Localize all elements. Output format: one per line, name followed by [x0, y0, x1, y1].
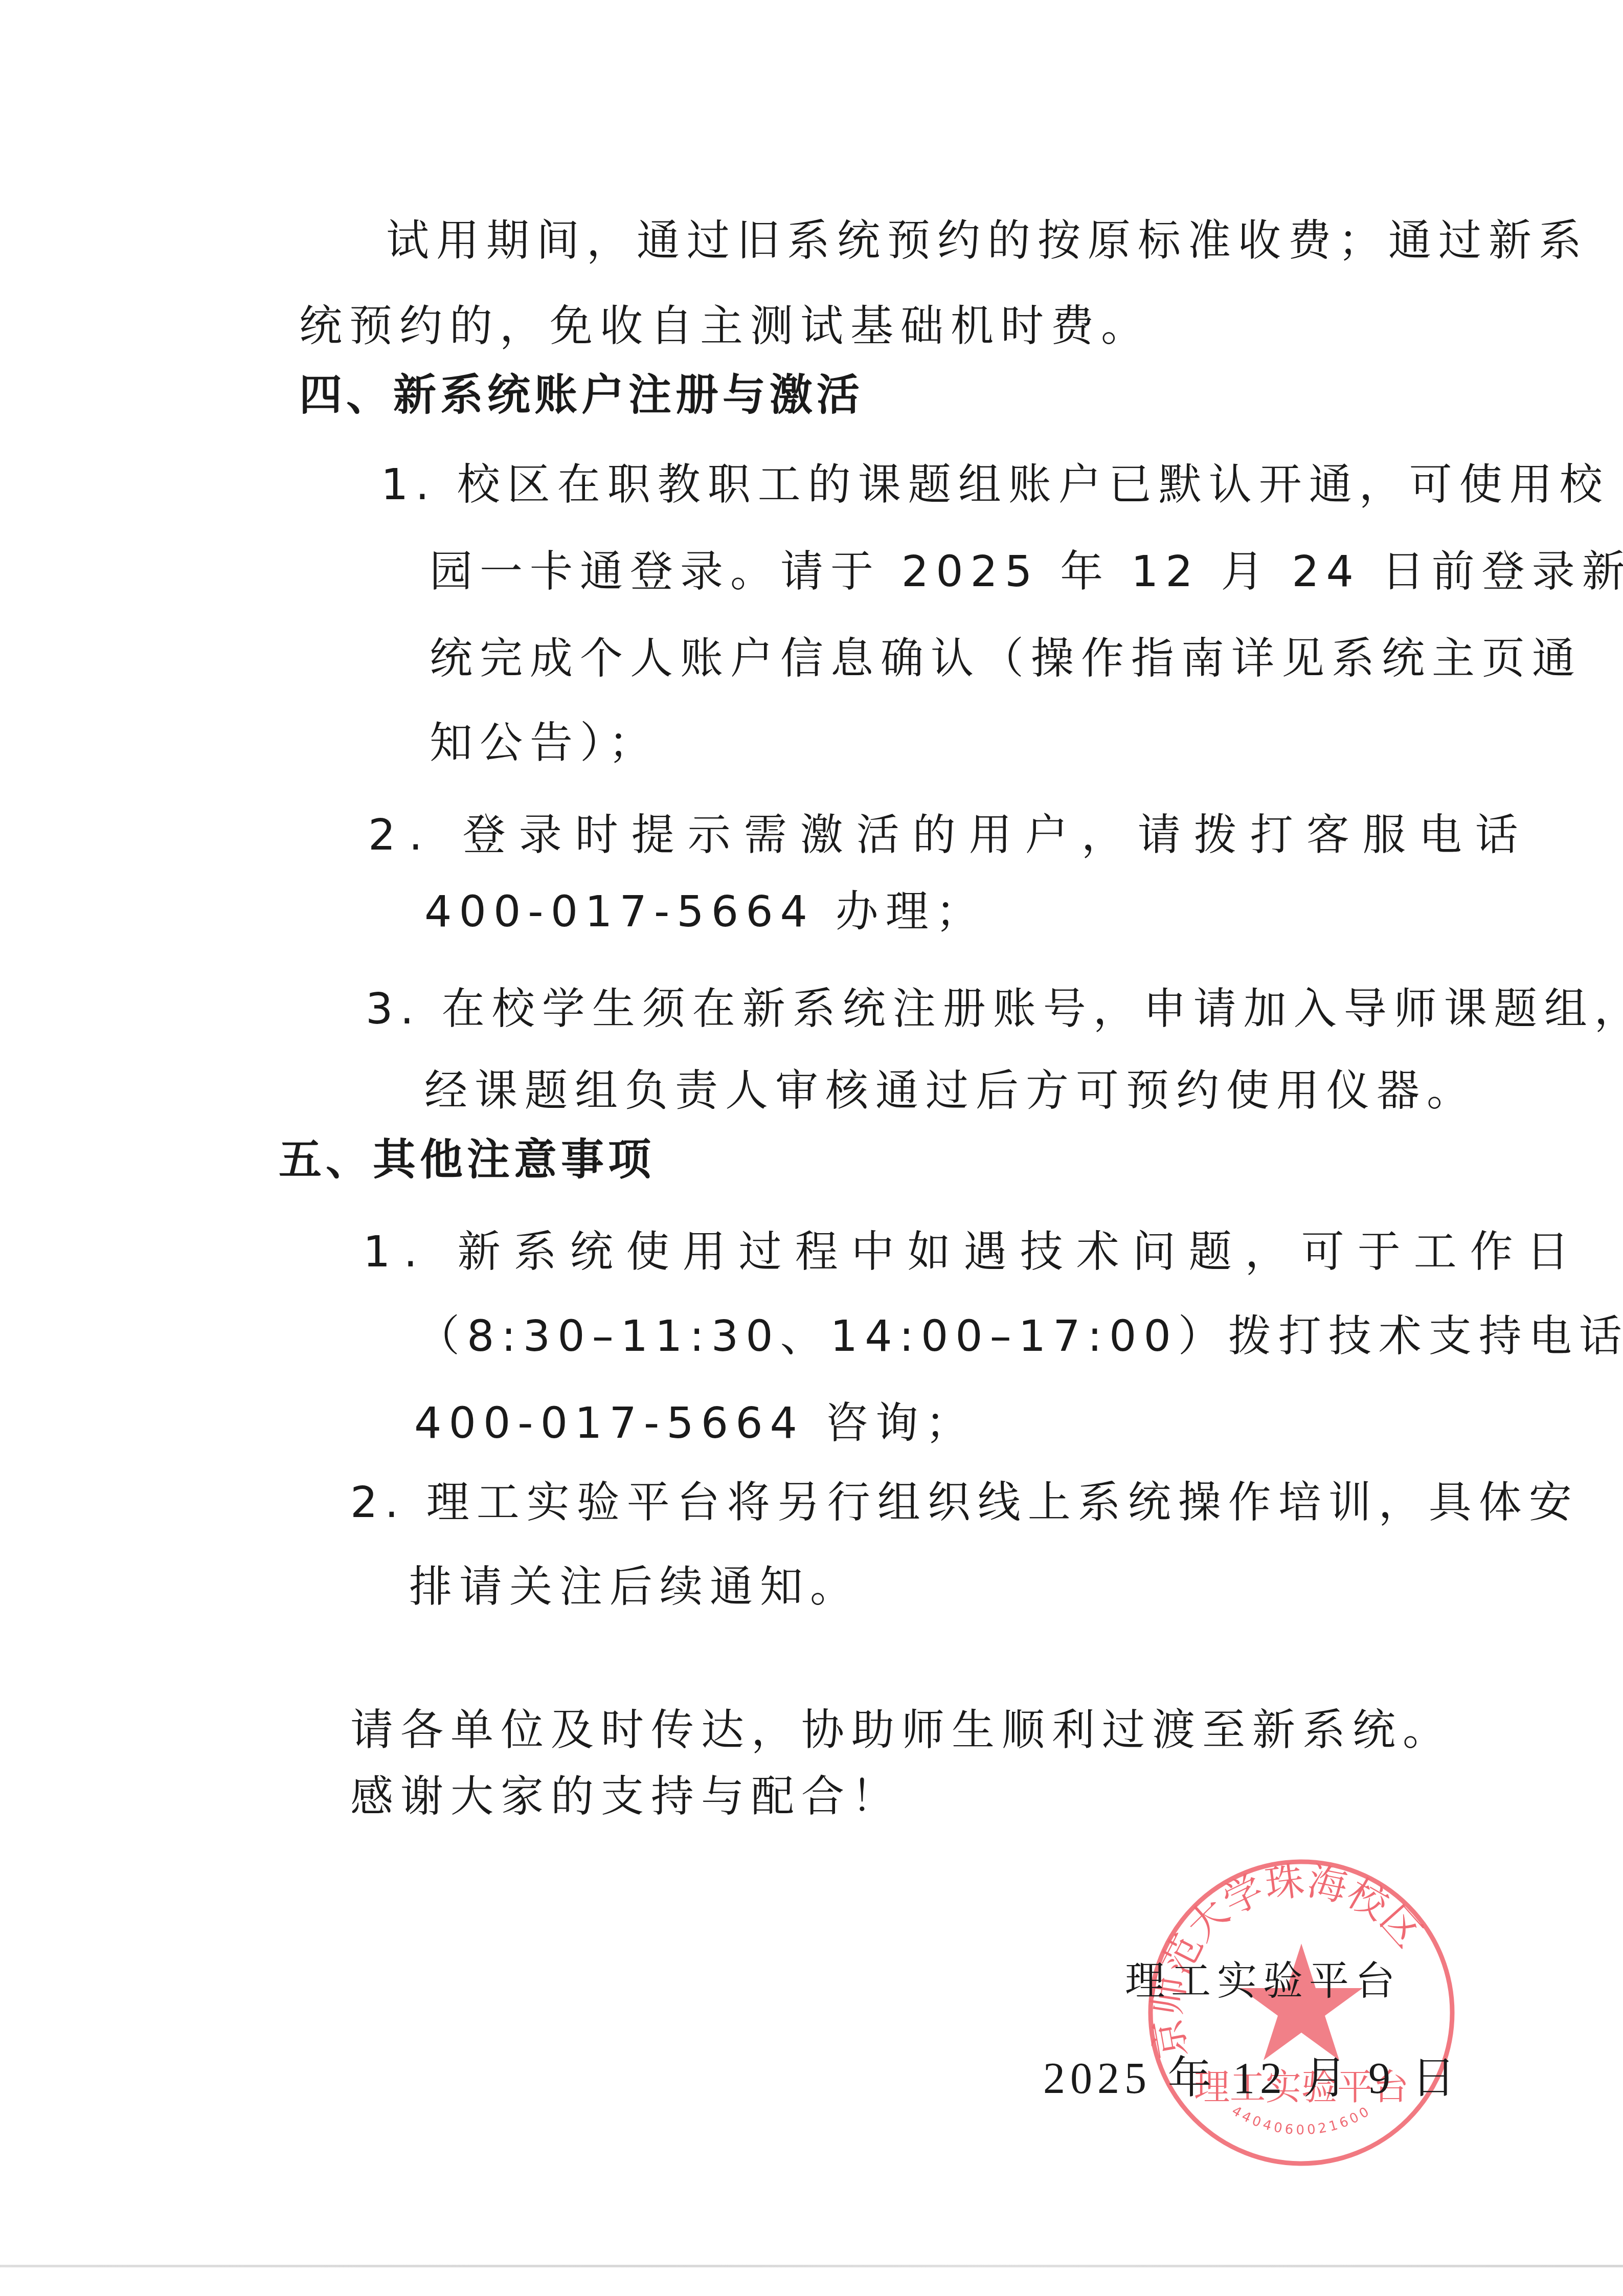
section-5-item-2-line-1: 2. 理工实验平台将另行组织线上系统操作培训，具体安	[350, 1481, 1579, 1524]
section-4-item-3-line-2: 经课题组负责人审核通过后方可预约使用仪器。	[424, 1069, 1477, 1112]
scan-edge-line	[0, 2265, 1623, 2267]
section-4-heading: 四、新系统账户注册与激活	[299, 373, 864, 416]
section-4-item-2-line-1: 2. 登录时提示需激活的用户，请拨打客服电话	[368, 813, 1531, 856]
signature-date: 2025 年 12 月 9 日	[1043, 2056, 1461, 2100]
section-5-item-1-line-2: （8:30–11:30、14:00–17:00）拨打技术支持电话	[417, 1314, 1623, 1357]
closing-line-1: 请各单位及时传达，协助师生顺利过渡至新系统。	[350, 1708, 1453, 1751]
section-4-item-1-line-4: 知公告）；	[430, 721, 659, 764]
section-5-item-1-line-3: 400-017-5664 咨询；	[414, 1401, 976, 1444]
section-4-item-1-line-1: 1. 校区在职教职工的课题组账户已默认开通，可使用校	[381, 463, 1610, 506]
intro-line-2: 统预约的，免收自主测试基础机时费。	[299, 304, 1151, 347]
stamp-serial: 4404060021600	[1229, 2103, 1374, 2138]
section-5-heading: 五、其他注意事项	[279, 1138, 655, 1181]
section-5-item-2-line-2: 排请关注后续通知。	[409, 1565, 860, 1608]
section-4-item-3-line-1: 3. 在校学生须在新系统注册账号，申请加入导师课题组，	[366, 987, 1623, 1030]
section-4-item-2-line-2: 400-017-5664 办理；	[424, 890, 986, 933]
intro-line-1: 试用期间，通过旧系统预约的按原标准收费；通过新系	[386, 219, 1589, 262]
section-4-item-1-line-3: 统完成个人账户信息确认（操作指南详见系统主页通	[430, 637, 1582, 680]
closing-line-2: 感谢大家的支持与配合！	[350, 1775, 901, 1818]
section-4-item-1-line-2: 园一卡通登录。请于 2025 年 12 月 24 日前登录新系	[430, 550, 1623, 593]
section-5-item-1-line-1: 1. 新系统使用过程中如遇技术问题，可于工作日	[363, 1230, 1583, 1273]
signature-organization: 理工实验平台	[1125, 1961, 1401, 2001]
official-seal-stamp: 京师范大学珠海校区 理工实验平台 4404060021600	[1143, 1854, 1460, 2171]
